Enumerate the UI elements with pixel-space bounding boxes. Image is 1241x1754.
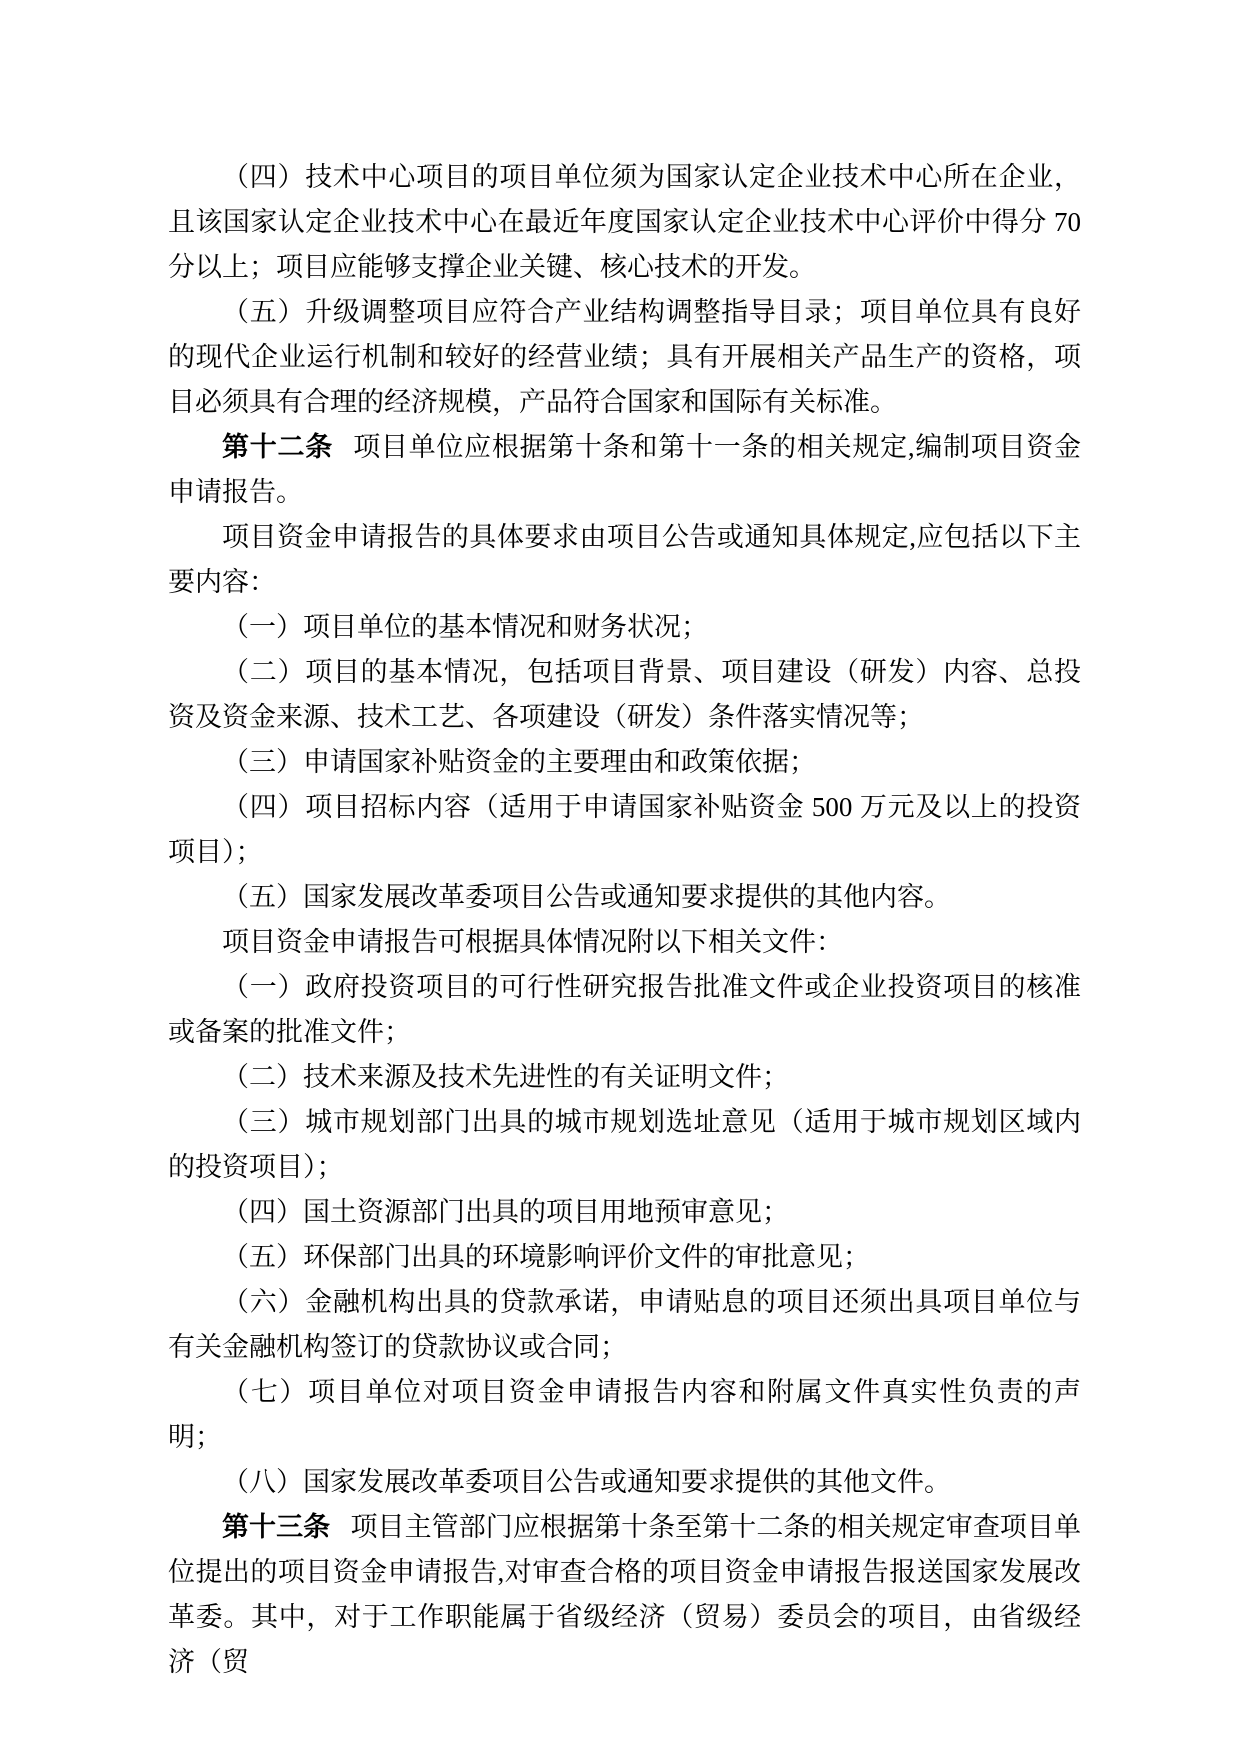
paragraph-text: （七）项目单位对项目资金申请报告内容和附属文件真实性负责的声明； (168, 1377, 1081, 1452)
paragraph: （二）技术来源及技术先进性的有关证明文件； (168, 1055, 1081, 1100)
article-number: 第十三条 (222, 1512, 330, 1542)
paragraph: （八）国家发展改革委项目公告或通知要求提供的其他文件。 (168, 1460, 1081, 1505)
paragraph-text: （六）金融机构出具的贷款承诺，申请贴息的项目还须出具项目单位与有关金融机构签订的… (168, 1287, 1081, 1362)
paragraph-text: （一）项目单位的基本情况和财务状况； (222, 612, 708, 642)
paragraph: （四）项目招标内容（适用于申请国家补贴资金 500 万元及以上的投资项目）； (168, 785, 1081, 875)
paragraph-text: （四）国土资源部门出具的项目用地预审意见； (222, 1197, 789, 1227)
article-number: 第十二条 (222, 432, 333, 462)
paragraph: 项目资金申请报告可根据具体情况附以下相关文件： (168, 920, 1081, 965)
paragraph: （五）国家发展改革委项目公告或通知要求提供的其他内容。 (168, 875, 1081, 920)
paragraph-text: （一）政府投资项目的可行性研究报告批准文件或企业投资项目的核准或备案的批准文件； (168, 972, 1081, 1047)
paragraph-text: （四）技术中心项目的项目单位须为国家认定企业技术中心所在企业，且该国家认定企业技… (168, 162, 1081, 282)
paragraph: （四）国土资源部门出具的项目用地预审意见； (168, 1190, 1081, 1235)
paragraph: （五）环保部门出具的环境影响评价文件的审批意见； (168, 1235, 1081, 1280)
paragraph-text: （五）环保部门出具的环境影响评价文件的审批意见； (222, 1242, 870, 1272)
paragraph: （六）金融机构出具的贷款承诺，申请贴息的项目还须出具项目单位与有关金融机构签订的… (168, 1280, 1081, 1370)
paragraph: （四）技术中心项目的项目单位须为国家认定企业技术中心所在企业，且该国家认定企业技… (168, 155, 1081, 290)
paragraph-text: 项目资金申请报告可根据具体情况附以下相关文件： (222, 927, 843, 957)
paragraph-text: （三）城市规划部门出具的城市规划选址意见（适用于城市规划区域内的投资项目）； (168, 1107, 1081, 1182)
paragraph: （三）城市规划部门出具的城市规划选址意见（适用于城市规划区域内的投资项目）； (168, 1100, 1081, 1190)
paragraph-text: （三）申请国家补贴资金的主要理由和政策依据； (222, 747, 816, 777)
paragraph-text: （五）国家发展改革委项目公告或通知要求提供的其他内容。 (222, 882, 951, 912)
paragraph: （三）申请国家补贴资金的主要理由和政策依据； (168, 740, 1081, 785)
paragraph-text: （二）技术来源及技术先进性的有关证明文件； (222, 1062, 789, 1092)
paragraph: （二）项目的基本情况，包括项目背景、项目建设（研发）内容、总投资及资金来源、技术… (168, 650, 1081, 740)
paragraph: 第十二条项目单位应根据第十条和第十一条的相关规定,编制项目资金申请报告。 (168, 425, 1081, 515)
document-page: （四）技术中心项目的项目单位须为国家认定企业技术中心所在企业，且该国家认定企业技… (0, 0, 1241, 1754)
paragraph: 项目资金申请报告的具体要求由项目公告或通知具体规定,应包括以下主要内容： (168, 515, 1081, 605)
paragraph: 第十三条项目主管部门应根据第十条至第十二条的相关规定审查项目单位提出的项目资金申… (168, 1505, 1081, 1685)
paragraph: （一）政府投资项目的可行性研究报告批准文件或企业投资项目的核准或备案的批准文件； (168, 965, 1081, 1055)
paragraph: （一）项目单位的基本情况和财务状况； (168, 605, 1081, 650)
document-content: （四）技术中心项目的项目单位须为国家认定企业技术中心所在企业，且该国家认定企业技… (168, 155, 1081, 1685)
paragraph-text: （八）国家发展改革委项目公告或通知要求提供的其他文件。 (222, 1467, 951, 1497)
paragraph: （七）项目单位对项目资金申请报告内容和附属文件真实性负责的声明； (168, 1370, 1081, 1460)
paragraph-text: 项目资金申请报告的具体要求由项目公告或通知具体规定,应包括以下主要内容： (168, 522, 1081, 597)
paragraph: （五）升级调整项目应符合产业结构调整指导目录；项目单位具有良好的现代企业运行机制… (168, 290, 1081, 425)
paragraph-text: （二）项目的基本情况，包括项目背景、项目建设（研发）内容、总投资及资金来源、技术… (168, 657, 1081, 732)
paragraph-text: （四）项目招标内容（适用于申请国家补贴资金 500 万元及以上的投资项目）； (168, 792, 1081, 867)
paragraph-text: （五）升级调整项目应符合产业结构调整指导目录；项目单位具有良好的现代企业运行机制… (168, 297, 1081, 417)
